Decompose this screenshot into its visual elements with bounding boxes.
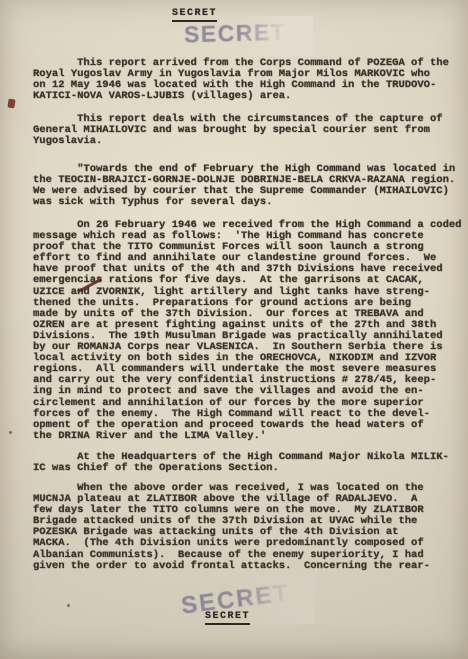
paragraph-coded-message: On 26 February 1946 we received from the… xyxy=(33,220,461,442)
secret-stamp-top: SECRET xyxy=(184,19,287,49)
ink-speck xyxy=(67,604,70,607)
paragraph-operations-chief: At the Headquarters of the High Command … xyxy=(33,452,449,474)
classification-header-typed: SECRET xyxy=(172,8,217,22)
paragraph-high-command-location: "Towards the end of February the High Co… xyxy=(33,164,455,208)
paragraph-report-arrival: This report arrived from the Corps Comma… xyxy=(33,58,449,102)
ink-speck xyxy=(9,431,12,434)
red-ink-mark xyxy=(7,99,15,109)
paragraph-order-received: When the above order was received, I was… xyxy=(33,483,430,572)
scanned-document-page: SECRET SECRET This report arrived from t… xyxy=(0,0,468,659)
paragraph-report-subject: This report deals with the circumstances… xyxy=(33,114,443,147)
classification-footer-typed: SECRET xyxy=(205,611,250,625)
